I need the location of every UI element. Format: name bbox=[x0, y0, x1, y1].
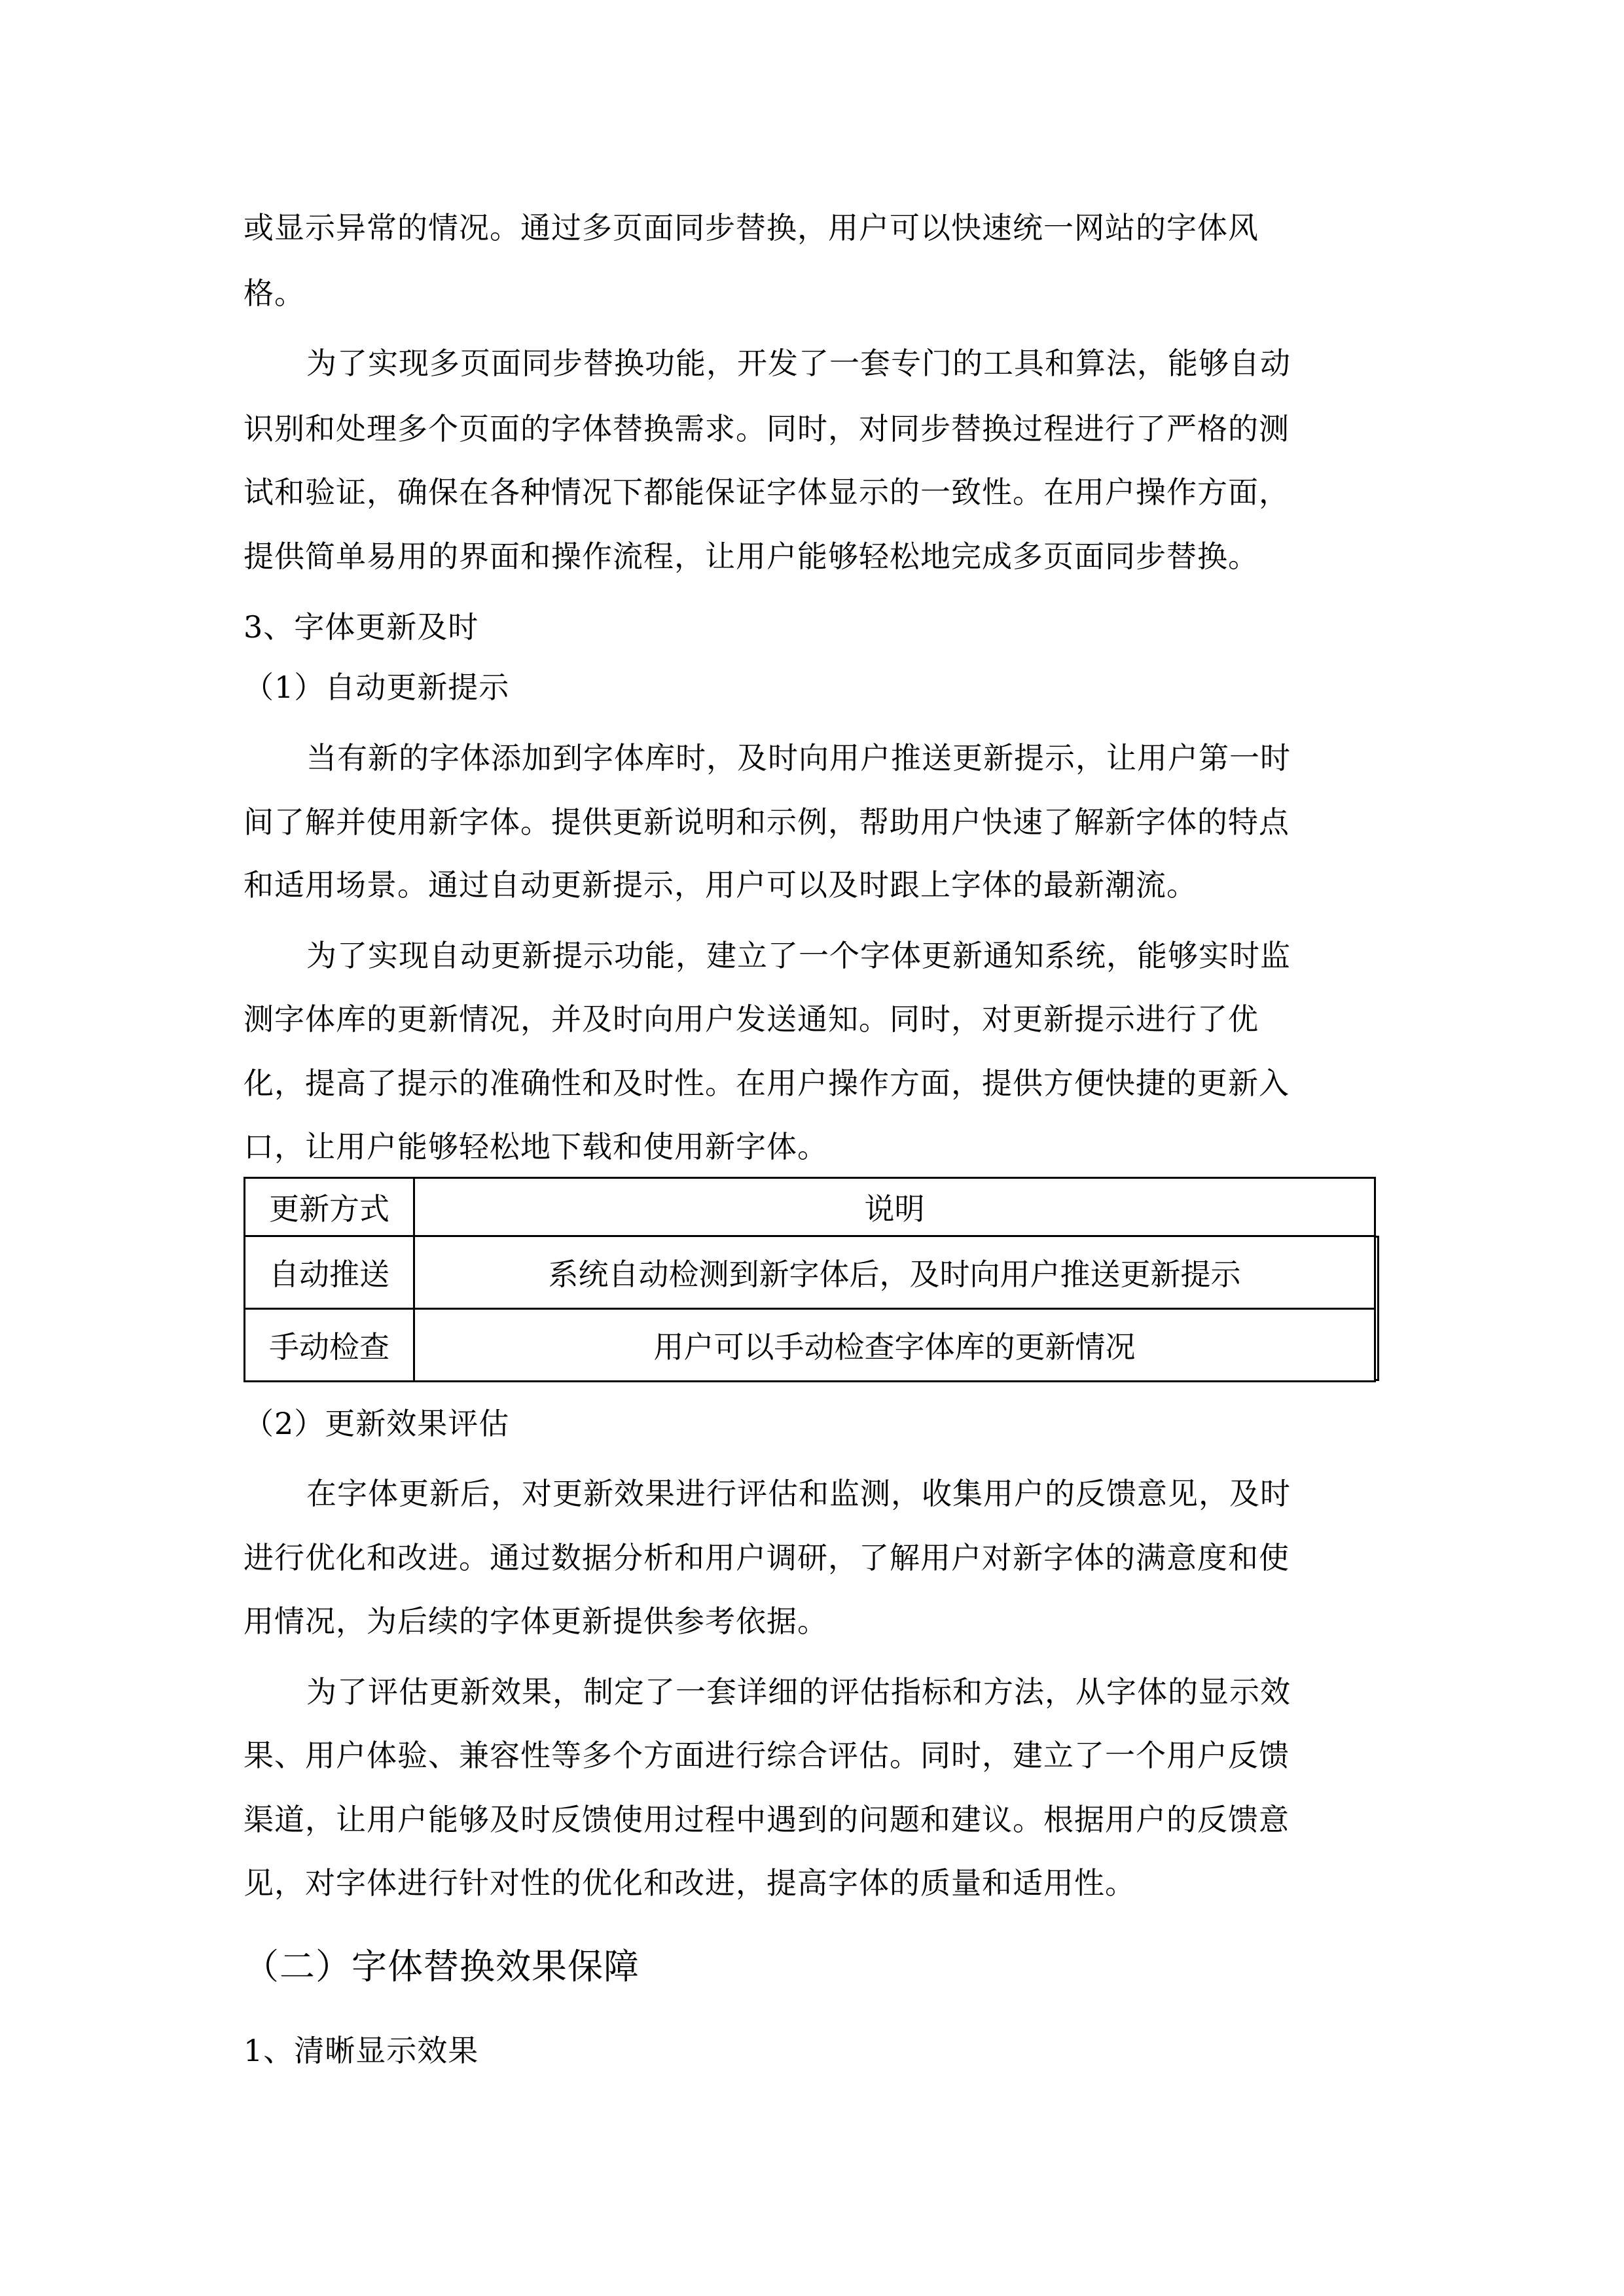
table-header-row: 更新方式 说明 bbox=[245, 1178, 1375, 1236]
paragraph-line: 识别和处理多个页面的字体替换需求。同时，对同步替换过程进行了严格的测 bbox=[244, 409, 1290, 448]
paragraph-line: 为了评估更新效果，制定了一套详细的评估指标和方法，从字体的显示效 bbox=[306, 1672, 1291, 1712]
paragraph-line: 试和验证，确保在各种情况下都能保证字体显示的一致性。在用户操作方面， bbox=[244, 473, 1290, 512]
section-heading-3: 3、字体更新及时 bbox=[244, 607, 478, 647]
table-cell: 系统自动检测到新字体后，及时向用户推送更新提示 bbox=[414, 1236, 1375, 1309]
subheading-2: （2）更新效果评估 bbox=[244, 1404, 509, 1443]
paragraph-line: 或显示异常的情况。通过多页面同步替换，用户可以快速统一网站的字体风 bbox=[244, 208, 1259, 247]
paragraph-line: 渠道，让用户能够及时反馈使用过程中遇到的问题和建议。根据用户的反馈意 bbox=[244, 1800, 1290, 1839]
table-header-cell: 说明 bbox=[414, 1178, 1375, 1236]
paragraph-line: 当有新的字体添加到字体库时，及时向用户推送更新提示，让用户第一时 bbox=[306, 738, 1291, 778]
table-cell: 自动推送 bbox=[245, 1236, 414, 1309]
paragraph-line: 和适用场景。通过自动更新提示，用户可以及时跟上字体的最新潮流。 bbox=[244, 865, 1197, 905]
table-cell: 手动检查 bbox=[245, 1309, 414, 1382]
table-row: 手动检查 用户可以手动检查字体库的更新情况 bbox=[245, 1309, 1375, 1382]
paragraph-line: 为了实现多页面同步替换功能，开发了一套专门的工具和算法，能够自动 bbox=[306, 344, 1291, 383]
paragraph-line: 口，让用户能够轻松地下载和使用新字体。 bbox=[244, 1127, 828, 1166]
subsection-heading: 1、清晰显示效果 bbox=[244, 2031, 478, 2070]
table-row: 自动推送 系统自动检测到新字体后，及时向用户推送更新提示 bbox=[245, 1236, 1375, 1309]
paragraph-line: 果、用户体验、兼容性等多个方面进行综合评估。同时，建立了一个用户反馈 bbox=[244, 1736, 1290, 1775]
paragraph-line: 化，提高了提示的准确性和及时性。在用户操作方面，提供方便快捷的更新入 bbox=[244, 1064, 1290, 1103]
section-heading: （二）字体替换效果保障 bbox=[244, 1947, 640, 1986]
table-cell: 用户可以手动检查字体库的更新情况 bbox=[414, 1309, 1375, 1382]
table-header-cell: 更新方式 bbox=[245, 1178, 414, 1236]
paragraph-line: 提供简单易用的界面和操作流程，让用户能够轻松地完成多页面同步替换。 bbox=[244, 537, 1259, 576]
paragraph-line: 格。 bbox=[244, 274, 305, 313]
paragraph-line: 进行优化和改进。通过数据分析和用户调研，了解用户对新字体的满意度和使 bbox=[244, 1538, 1290, 1577]
paragraph-line: 用情况，为后续的字体更新提供参考依据。 bbox=[244, 1602, 828, 1641]
paragraph-line: 在字体更新后，对更新效果进行评估和监测，收集用户的反馈意见，及时 bbox=[306, 1474, 1291, 1513]
paragraph-line: 见，对字体进行针对性的优化和改进，提高字体的质量和适用性。 bbox=[244, 1863, 1136, 1903]
update-methods-table: 更新方式 说明 自动推送 系统自动检测到新字体后，及时向用户推送更新提示 手动检… bbox=[244, 1177, 1376, 1382]
table-border-artifact bbox=[1375, 1236, 1379, 1381]
subheading-1: （1）自动更新提示 bbox=[244, 668, 509, 707]
paragraph-line: 为了实现自动更新提示功能，建立了一个字体更新通知系统，能够实时监 bbox=[306, 936, 1291, 975]
paragraph-line: 测字体库的更新情况，并及时向用户发送通知。同时，对更新提示进行了优 bbox=[244, 999, 1259, 1039]
paragraph-line: 间了解并使用新字体。提供更新说明和示例，帮助用户快速了解新字体的特点 bbox=[244, 802, 1290, 842]
